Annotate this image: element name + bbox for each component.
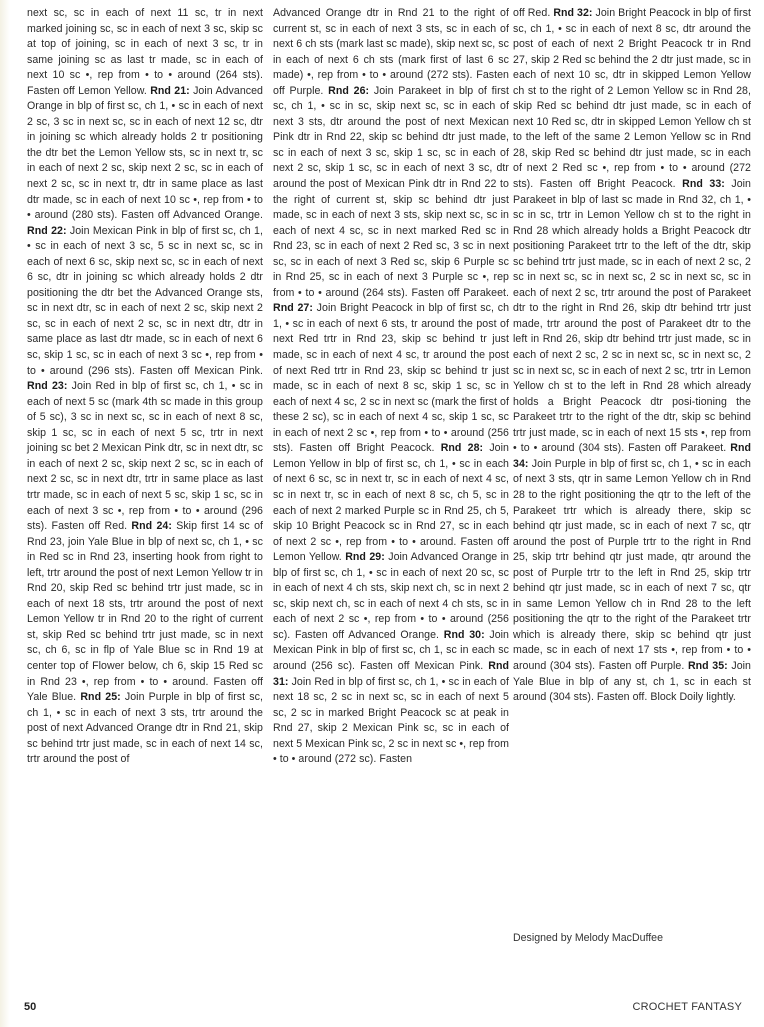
page-edge [0, 0, 10, 1027]
text-run: Join Parakeet in blp of last sc made in … [513, 178, 751, 454]
text-run: Join Mexican Pink in blp of first sc, ch… [27, 225, 263, 377]
page-number: 50 [24, 1001, 36, 1013]
round-heading: Rnd 33: [682, 178, 725, 190]
text-run: next sc, sc in each of next 11 sc, tr in… [27, 7, 263, 97]
text-run: Join Purple in blp of first sc, ch 1, • … [513, 458, 751, 672]
round-heading: Rnd 25: [80, 691, 120, 703]
text-column-2: Advanced Orange dtr in Rnd 21 to the rig… [273, 6, 509, 768]
text-column-1: next sc, sc in each of next 11 sc, tr in… [27, 6, 263, 768]
round-heading: Rnd 24: [131, 520, 172, 532]
text-column-3: off Red. Rnd 32: Join Bright Peacock in … [513, 6, 751, 706]
round-heading: Rnd 21: [150, 85, 190, 97]
text-run: Join Lemon Yellow in blp of first sc, ch… [273, 442, 509, 563]
round-heading: Rnd 23: [27, 380, 67, 392]
text-run: Join Red in blp of first sc, ch 1, • sc … [273, 676, 509, 766]
round-heading: Rnd 35: [688, 660, 728, 672]
text-run: Advanced Orange dtr in Rnd 21 to the rig… [273, 7, 509, 97]
round-heading: Rnd 26: [328, 85, 369, 97]
designer-credit: Designed by Melody MacDuffee [513, 932, 663, 944]
text-run: Join Bright Peacock in blp of first sc, … [513, 7, 751, 190]
text-run: Join Advanced Orange in blp of first sc,… [27, 85, 263, 221]
text-run: off Red. [513, 7, 553, 19]
round-heading: Rnd 29: [345, 551, 385, 563]
text-run: Join Advanced Orange in blp of first sc,… [273, 551, 509, 641]
magazine-name: CROCHET FANTASY [632, 1001, 742, 1013]
round-heading: Rnd 28: [441, 442, 483, 454]
round-heading: Rnd 30: [444, 629, 485, 641]
text-run: Join Parakeet in blp of first sc, ch 1, … [273, 85, 509, 299]
round-heading: Rnd 22: [27, 225, 67, 237]
round-heading: Rnd 32: [553, 7, 592, 19]
round-heading: Rnd 27: [273, 302, 313, 314]
text-run: Skip first 14 sc of Rnd 23, join Yale Bl… [27, 520, 263, 703]
text-run: Join Red in blp of first sc, ch 1, • sc … [27, 380, 263, 532]
text-run: Join Bright Peacock in blp of first sc, … [273, 302, 509, 454]
